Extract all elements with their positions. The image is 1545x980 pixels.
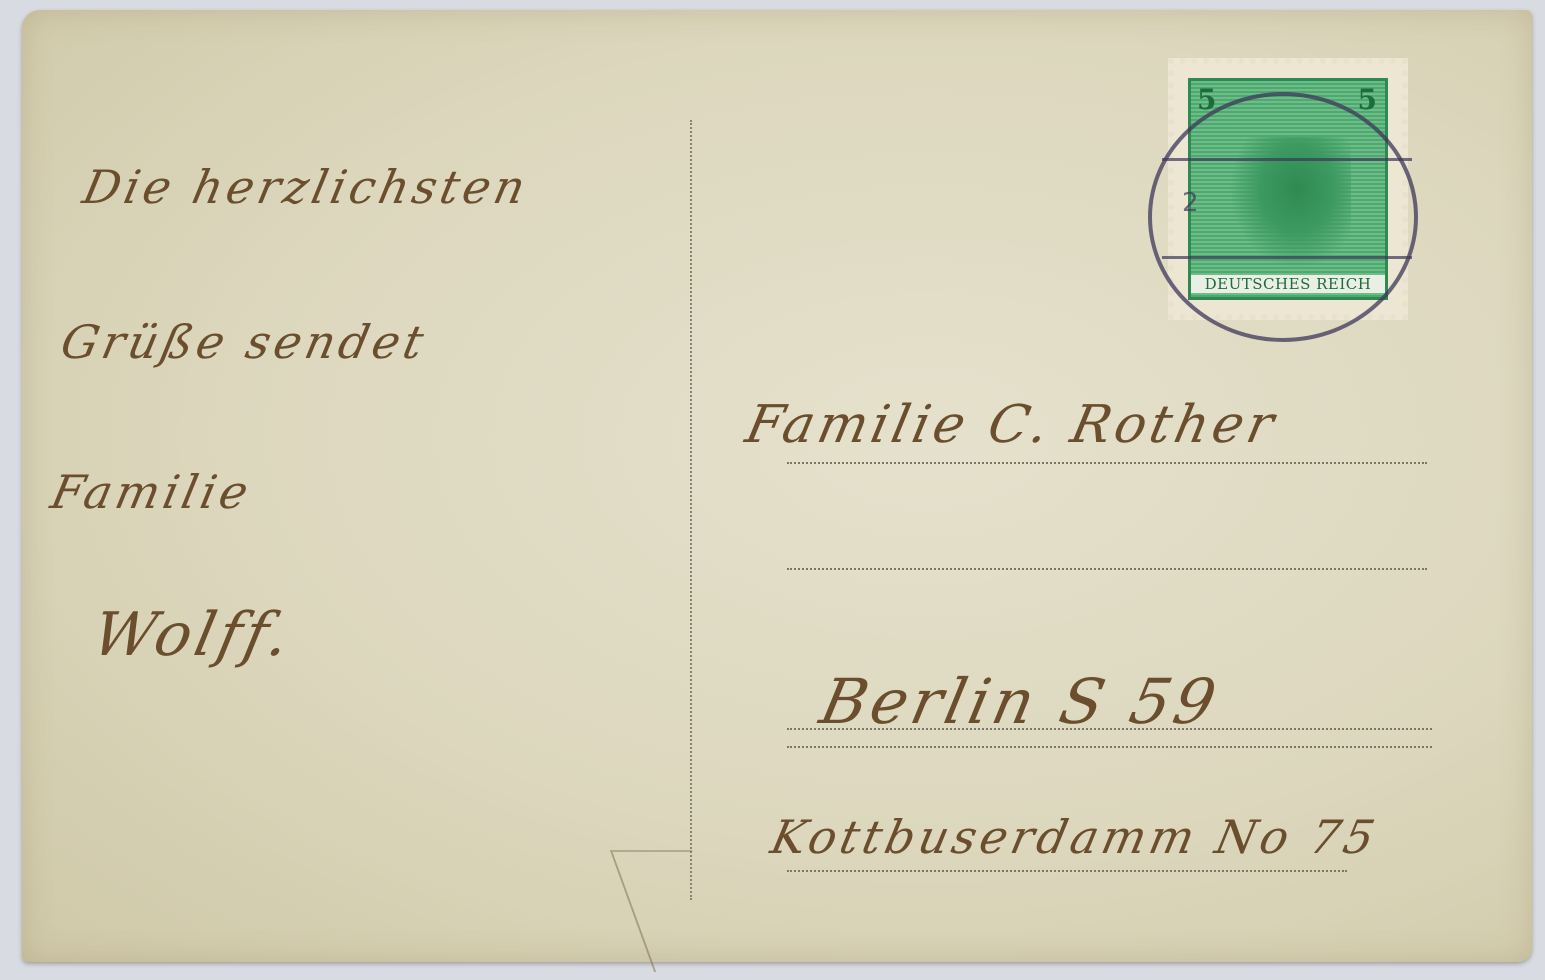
message-line-3: Familie: [46, 465, 257, 519]
postmark-circle: 2: [1148, 92, 1418, 342]
message-line-2: Grüße sendet: [56, 315, 432, 369]
address-rule-5: [787, 870, 1347, 872]
address-line-recipient: Familie C. Rother: [741, 395, 1283, 455]
address-rule-4: [787, 746, 1432, 748]
postmark-date-text: 2: [1182, 188, 1199, 218]
address-rule-1: [787, 462, 1427, 464]
postmark-bar-top: [1162, 158, 1412, 161]
postmark-bar-bottom: [1162, 256, 1412, 259]
message-line-1: Die herzlichsten: [78, 160, 534, 214]
address-rule-3: [787, 728, 1432, 730]
center-divider-line: [690, 120, 692, 900]
stamp-value-right: 5: [1358, 83, 1377, 116]
message-signature: Wolff.: [87, 600, 300, 670]
address-rule-2: [787, 568, 1427, 570]
paper-tear: [610, 850, 736, 972]
address-line-street: Kottbuserdamm No 75: [766, 810, 1383, 864]
